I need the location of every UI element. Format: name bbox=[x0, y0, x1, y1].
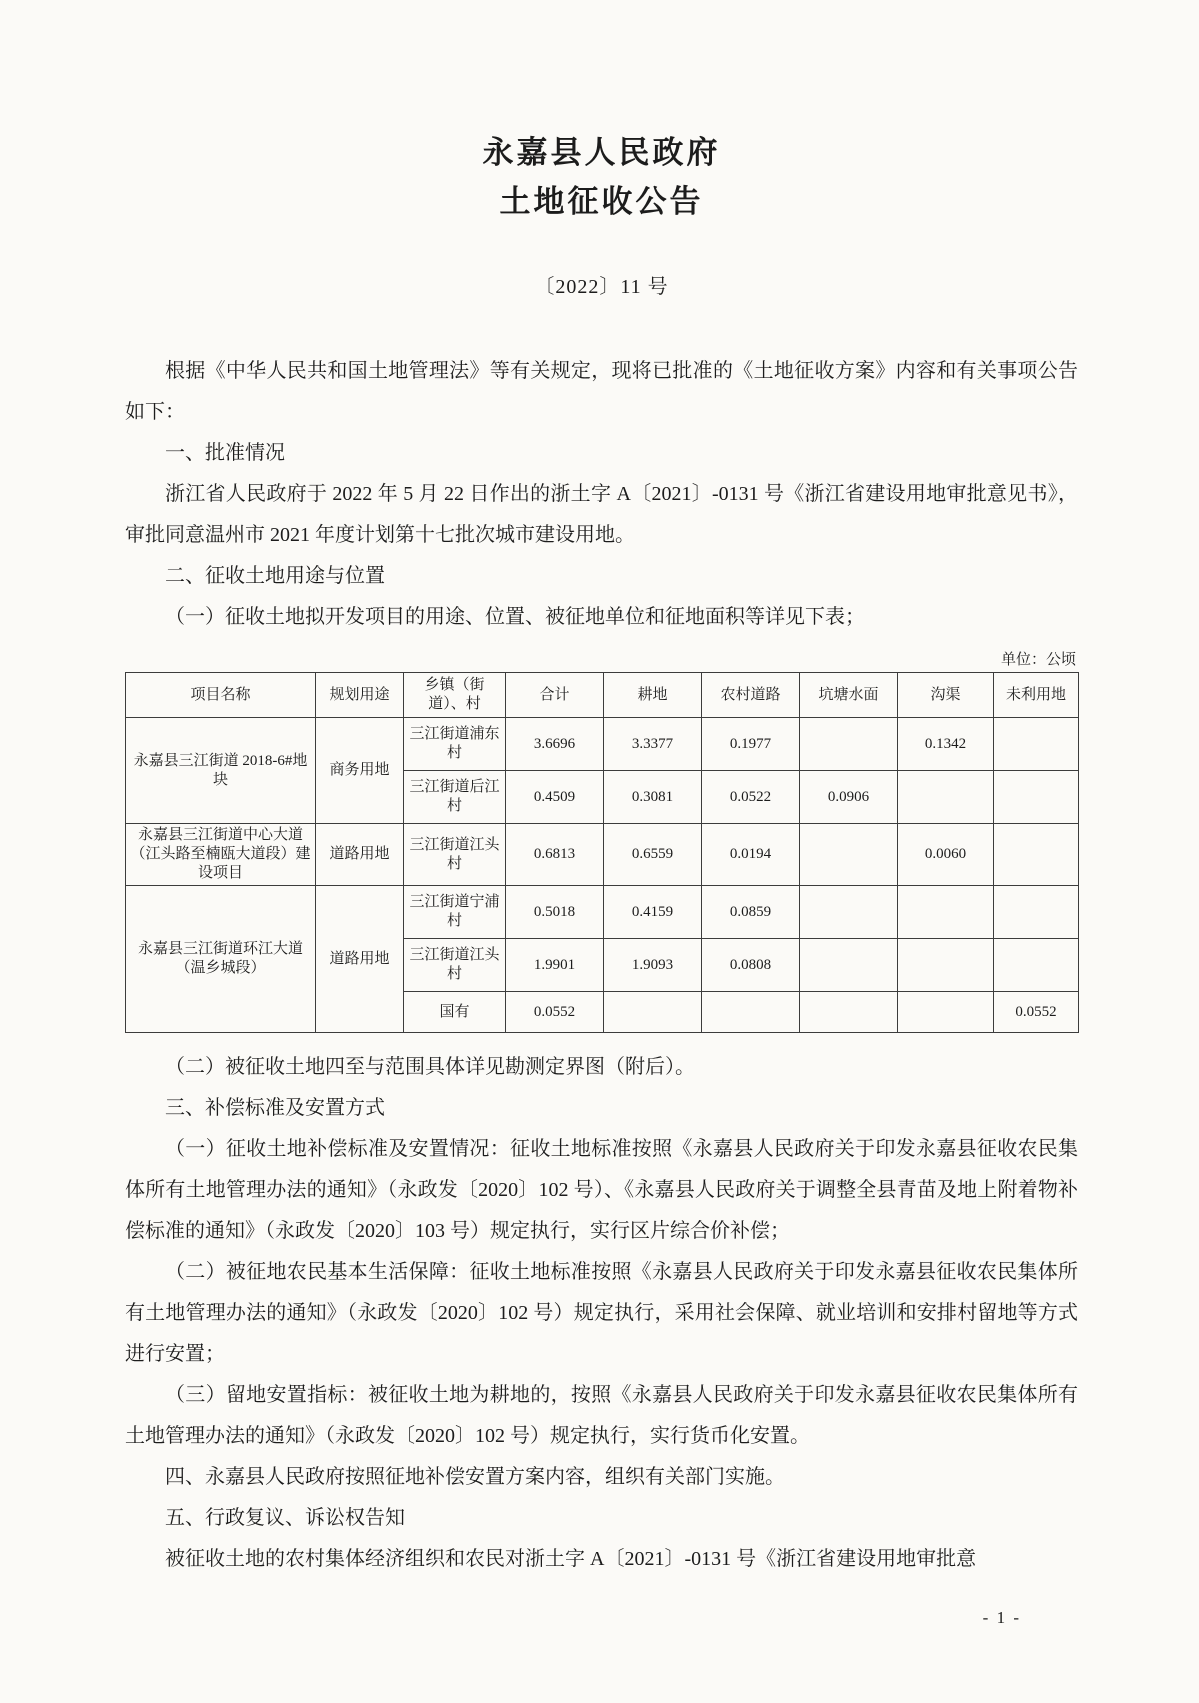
body-text-after-table: （二）被征收土地四至与范围具体详见勘测定界图（附后）。 三、补偿标准及安置方式 … bbox=[125, 1047, 1078, 1580]
paragraph-compensation-standard: （一）征收土地补偿标准及安置情况：征收土地标准按照《永嘉县人民政府关于印发永嘉县… bbox=[125, 1129, 1078, 1252]
document-page: 永嘉县人民政府 土地征收公告 〔2022〕11 号 根据《中华人民共和国土地管理… bbox=[0, 0, 1199, 1703]
section-heading-1: 一、批准情况 bbox=[125, 433, 1078, 474]
farmland-cell: 0.6559 bbox=[604, 824, 702, 886]
rural-road-cell: 0.0522 bbox=[702, 771, 800, 824]
total-cell: 1.9901 bbox=[506, 939, 604, 992]
ditch-cell: 0.1342 bbox=[898, 718, 994, 771]
paragraph-approval: 浙江省人民政府于 2022 年 5 月 22 日作出的浙土字 A〔2021〕-0… bbox=[125, 474, 1078, 556]
paragraph-livelihood-security: （二）被征地农民基本生活保障：征收土地标准按照《永嘉县人民政府关于印发永嘉县征收… bbox=[125, 1252, 1078, 1375]
farmland-cell: 3.3377 bbox=[604, 718, 702, 771]
project-cell: 永嘉县三江街道环江大道（温乡城段） bbox=[126, 886, 316, 1033]
pond-cell bbox=[800, 992, 898, 1033]
col-header-unused-land: 未利用地 bbox=[994, 673, 1079, 718]
section-heading-4: 四、永嘉县人民政府按照征地补偿安置方案内容，组织有关部门实施。 bbox=[125, 1457, 1078, 1498]
col-header-project: 项目名称 bbox=[126, 673, 316, 718]
village-cell: 三江街道后江村 bbox=[404, 771, 506, 824]
paragraph-intro: 根据《中华人民共和国土地管理法》等有关规定，现将已批准的《土地征收方案》内容和有… bbox=[125, 351, 1078, 433]
page-number: - 1 - bbox=[983, 1608, 1021, 1628]
unused-land-cell: 0.0552 bbox=[994, 992, 1079, 1033]
rural-road-cell: 0.0859 bbox=[702, 886, 800, 939]
unused-land-cell bbox=[994, 824, 1079, 886]
total-cell: 0.6813 bbox=[506, 824, 604, 886]
total-cell: 0.4509 bbox=[506, 771, 604, 824]
col-header-pond: 坑塘水面 bbox=[800, 673, 898, 718]
village-cell: 三江街道江头村 bbox=[404, 824, 506, 886]
col-header-farmland: 耕地 bbox=[604, 673, 702, 718]
pond-cell bbox=[800, 824, 898, 886]
rural-road-cell: 0.0808 bbox=[702, 939, 800, 992]
use-cell: 道路用地 bbox=[316, 824, 404, 886]
paragraph-survey-map: （二）被征收土地四至与范围具体详见勘测定界图（附后）。 bbox=[125, 1047, 1078, 1088]
document-number: 〔2022〕11 号 bbox=[125, 270, 1078, 299]
col-header-village: 乡镇（街道）、村 bbox=[404, 673, 506, 718]
ditch-cell bbox=[898, 939, 994, 992]
ditch-cell bbox=[898, 992, 994, 1033]
total-cell: 3.6696 bbox=[506, 718, 604, 771]
village-cell: 三江街道江头村 bbox=[404, 939, 506, 992]
pond-cell: 0.0906 bbox=[800, 771, 898, 824]
col-header-planned-use: 规划用途 bbox=[316, 673, 404, 718]
farmland-cell bbox=[604, 992, 702, 1033]
table-row: 永嘉县三江街道中心大道（江头路至楠瓯大道段）建设项目 道路用地 三江街道江头村 … bbox=[126, 824, 1079, 886]
farmland-cell: 0.4159 bbox=[604, 886, 702, 939]
paragraph-land-retention: （三）留地安置指标：被征收土地为耕地的，按照《永嘉县人民政府关于印发永嘉县征收农… bbox=[125, 1375, 1078, 1457]
rural-road-cell: 0.0194 bbox=[702, 824, 800, 886]
total-cell: 0.5018 bbox=[506, 886, 604, 939]
project-cell: 永嘉县三江街道 2018-6#地块 bbox=[126, 718, 316, 824]
document-content: 永嘉县人民政府 土地征收公告 〔2022〕11 号 根据《中华人民共和国土地管理… bbox=[0, 0, 1199, 1580]
col-header-ditch: 沟渠 bbox=[898, 673, 994, 718]
unused-land-cell bbox=[994, 771, 1079, 824]
village-cell: 国有 bbox=[404, 992, 506, 1033]
use-cell: 道路用地 bbox=[316, 886, 404, 1033]
village-cell: 三江街道宁浦村 bbox=[404, 886, 506, 939]
unused-land-cell bbox=[994, 718, 1079, 771]
section-heading-3: 三、补偿标准及安置方式 bbox=[125, 1088, 1078, 1129]
total-cell: 0.0552 bbox=[506, 992, 604, 1033]
farmland-cell: 1.9093 bbox=[604, 939, 702, 992]
pond-cell bbox=[800, 718, 898, 771]
page-title: 永嘉县人民政府 土地征收公告 bbox=[125, 128, 1078, 226]
farmland-cell: 0.3081 bbox=[604, 771, 702, 824]
use-cell: 商务用地 bbox=[316, 718, 404, 824]
table-header-row: 项目名称 规划用途 乡镇（街道）、村 合计 耕地 农村道路 坑塘水面 沟渠 未利… bbox=[126, 673, 1079, 718]
pond-cell bbox=[800, 939, 898, 992]
col-header-rural-road: 农村道路 bbox=[702, 673, 800, 718]
table-row: 永嘉县三江街道环江大道（温乡城段） 道路用地 三江街道宁浦村 0.5018 0.… bbox=[126, 886, 1079, 939]
ditch-cell: 0.0060 bbox=[898, 824, 994, 886]
title-line-2: 土地征收公告 bbox=[500, 184, 704, 219]
table-row: 永嘉县三江街道 2018-6#地块 商务用地 三江街道浦东村 3.6696 3.… bbox=[126, 718, 1079, 771]
body-text-before-table: 根据《中华人民共和国土地管理法》等有关规定，现将已批准的《土地征收方案》内容和有… bbox=[125, 351, 1078, 638]
title-line-1: 永嘉县人民政府 bbox=[483, 135, 721, 170]
paragraph-table-intro: （一）征收土地拟开发项目的用途、位置、被征地单位和征地面积等详见下表； bbox=[125, 597, 1078, 638]
ditch-cell bbox=[898, 886, 994, 939]
pond-cell bbox=[800, 886, 898, 939]
unused-land-cell bbox=[994, 939, 1079, 992]
paragraph-appeal-rights: 被征收土地的农村集体经济组织和农民对浙土字 A〔2021〕-0131 号《浙江省… bbox=[125, 1539, 1078, 1580]
project-cell: 永嘉县三江街道中心大道（江头路至楠瓯大道段）建设项目 bbox=[126, 824, 316, 886]
unused-land-cell bbox=[994, 886, 1079, 939]
rural-road-cell: 0.1977 bbox=[702, 718, 800, 771]
col-header-total: 合计 bbox=[506, 673, 604, 718]
section-heading-5: 五、行政复议、诉讼权告知 bbox=[125, 1498, 1078, 1539]
ditch-cell bbox=[898, 771, 994, 824]
rural-road-cell bbox=[702, 992, 800, 1033]
section-heading-2: 二、征收土地用途与位置 bbox=[125, 556, 1078, 597]
land-acquisition-table: 项目名称 规划用途 乡镇（街道）、村 合计 耕地 农村道路 坑塘水面 沟渠 未利… bbox=[125, 672, 1079, 1033]
table-unit-label: 单位：公顷 bbox=[125, 648, 1076, 669]
village-cell: 三江街道浦东村 bbox=[404, 718, 506, 771]
